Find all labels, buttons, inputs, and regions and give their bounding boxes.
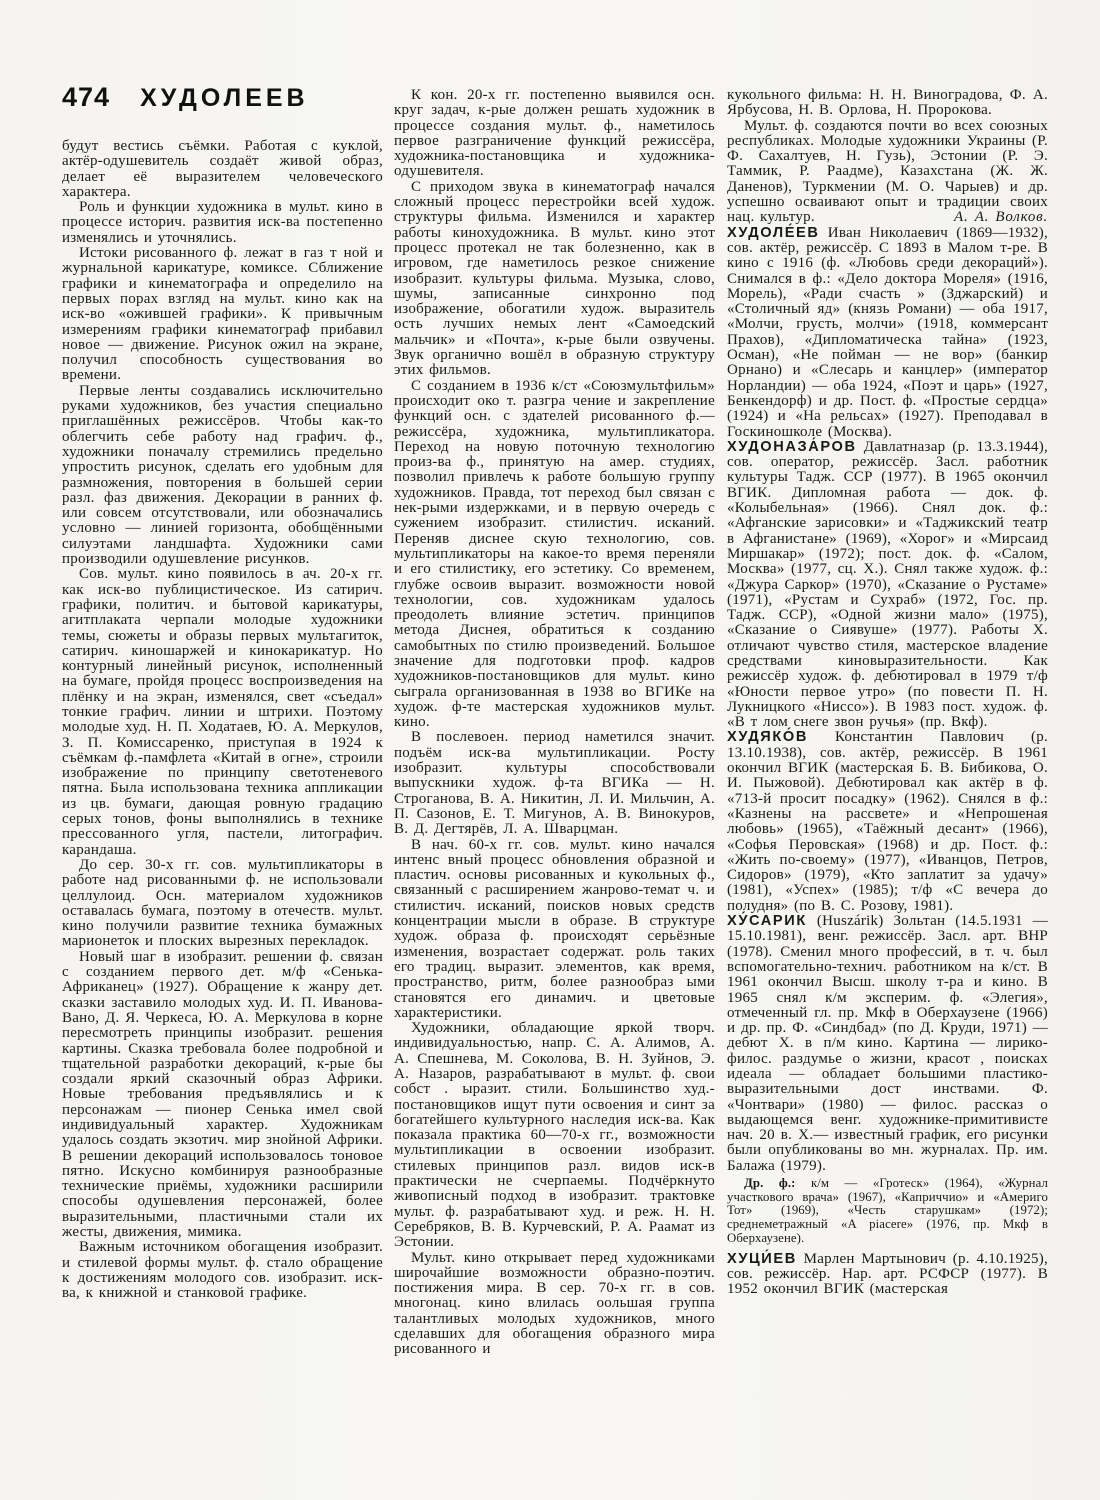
- column-3-text: кукольного фильма: Н. Н. Виноградова, Ф.…: [727, 88, 1048, 1297]
- body-paragraph: кукольного фильма: Н. Н. Виноградова, Ф.…: [727, 88, 1048, 119]
- entry-headword: ХУДОЛЕ́ЕВ: [727, 225, 828, 241]
- body-paragraph: В послевоен. период наметился значит. по…: [394, 730, 715, 837]
- entry-headword: ХУДЯКО́В: [727, 729, 835, 745]
- running-title: ХУДОЛЕЕВ: [140, 84, 309, 113]
- column-1: 474 ХУДОЛЕЕВ будут вестись съёмки. Работ…: [62, 82, 383, 1302]
- body-paragraph: До сер. 30-х гг. сов. мультипликаторы в …: [62, 858, 383, 950]
- body-paragraph: Сов. мульт. кино появилось в ач. 20-х гг…: [62, 567, 383, 858]
- encyclopedia-page: 474 ХУДОЛЕЕВ будут вестись съёмки. Работ…: [0, 0, 1100, 1500]
- entry-headword: ХУ́САРИК: [727, 913, 817, 929]
- entry-headword: ХУЦИ́ЕВ: [727, 1251, 804, 1267]
- entry-paragraph: ХУДОЛЕ́ЕВ Иван Николаевич (1869—1932), с…: [727, 226, 1048, 440]
- entry-headword: ХУДОНАЗА́РОВ: [727, 439, 864, 455]
- entry-paragraph: ХУ́САРИК (Huszárik) Зольтан (14.5.1931 —…: [727, 914, 1048, 1174]
- column-1-text: будут вестись съёмки. Работая с куклой, …: [62, 139, 383, 1302]
- filmography-note: Др. ф.: к/м — «Гротеск» (1964), «Журнал …: [727, 1177, 1048, 1246]
- body-paragraph: С приходом звука в кинематограф начался …: [394, 180, 715, 379]
- body-paragraph: В нач. 60-х гг. сов. мульт. кино начался…: [394, 838, 715, 1022]
- body-paragraph: Мульт. кино открывает перед художниками …: [394, 1251, 715, 1358]
- column-2: К кон. 20-х гг. постепенно выявился осн.…: [394, 88, 715, 1358]
- body-paragraph: будут вестись съёмки. Работая с куклой, …: [62, 139, 383, 200]
- body-paragraph: К кон. 20-х гг. постепенно выявился осн.…: [394, 88, 715, 180]
- column-3: кукольного фильма: Н. Н. Виноградова, Ф.…: [727, 88, 1048, 1297]
- body-paragraph: Важным источником обогащения изобразит. …: [62, 1240, 383, 1301]
- column-2-text: К кон. 20-х гг. постепенно выявился осн.…: [394, 88, 715, 1358]
- author-signature: А. А. Волков.: [937, 210, 1048, 225]
- page-number: 474: [62, 82, 110, 113]
- body-paragraph: Первые ленты создавались исключительно р…: [62, 384, 383, 568]
- body-paragraph: С созданием в 1936 к/ст «Союзмультфильм»…: [394, 379, 715, 731]
- page-header: 474 ХУДОЛЕЕВ: [62, 82, 383, 113]
- entry-paragraph: ХУЦИ́ЕВ Марлен Мартынович (р. 4.10.1925)…: [727, 1252, 1048, 1298]
- other-films-label: Др. ф.:: [744, 1176, 811, 1190]
- body-paragraph: Новый шаг в изобразит. решении ф. связан…: [62, 950, 383, 1241]
- body-paragraph: Роль и функции художника в мульт. кино в…: [62, 200, 383, 246]
- entry-paragraph: ХУДОНАЗА́РОВ Давлатназар (р. 13.3.1944),…: [727, 440, 1048, 731]
- entry-paragraph: ХУДЯКО́В Константин Павлович (р. 13.10.1…: [727, 730, 1048, 914]
- body-paragraph: Мульт. ф. создаются почти во всех союзны…: [727, 119, 1048, 226]
- body-paragraph: Истоки рисованного ф. лежат в газ т ной …: [62, 246, 383, 384]
- body-paragraph: Художники, обладающие яркой творч. индив…: [394, 1021, 715, 1250]
